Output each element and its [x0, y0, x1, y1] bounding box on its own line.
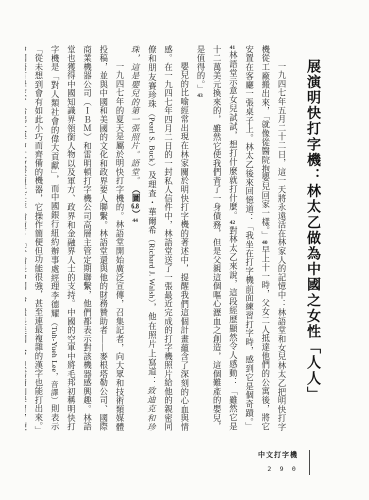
paragraph-3: 一九四七年的夏天是屬於明快打字機的。林語堂開始廣泛宣傳，召集記者，向大眾和技術類… [25, 45, 127, 431]
book-page: 展演明快打字機：林太乙做為中國之女性「人人」 一九四七年五月二十二日，這一天將永… [0, 0, 369, 500]
tuh-yueh-lee-romanization: （Tuh-Yueh Lee，音譯） [50, 318, 59, 404]
paragraph-1: 一九四七年五月二十二日，這一天將永遠活在林家人的記憶中：林語堂和女兒林太乙把明快… [192, 45, 289, 431]
figure-ref-number: 6.8 [131, 203, 139, 210]
footnote-ref-43: 43 [197, 93, 203, 99]
paragraph-2-text-3: ，他在照片上寫道： [147, 303, 156, 385]
pearl-buck-romanization: （Pearl S. Buck） [147, 109, 156, 171]
paragraph-1-text-3: 林語堂示意女兒試試，想打什麼就打什麼。 [228, 51, 237, 220]
running-footer: 中文打字機 2 9 0 [258, 450, 310, 475]
footer-page-number: 2 9 0 [267, 465, 298, 474]
richard-walsh-romanization: （Richard J. Walsh） [147, 235, 156, 303]
section-title: 展演明快打字機：林太乙做為中國之女性「人人」 [299, 45, 325, 431]
footer-divider-rule [309, 450, 310, 475]
footer-text: 中文打字機 2 9 0 [258, 450, 298, 474]
paragraph-2: 嬰兒的比喻經常出現在林家關於明快打字機的著述中，提醒我們這個計畫蘊含了深刻的心血… [127, 45, 192, 431]
figure-ref-close: ） [131, 210, 140, 219]
page-text-block: 展演明快打字機：林太乙做為中國之女性「人人」 一九四七年五月二十二日，這一天將永… [25, 45, 325, 431]
footnote-ref-44: 44 [132, 218, 138, 224]
footer-book-title: 中文打字機 [258, 450, 298, 460]
paragraph-2-text-2: 及理查・華爾希 [147, 171, 156, 235]
figure-ref-open: （圖 [131, 185, 140, 203]
ibm-abbreviation: （ＩＢＭ） [83, 98, 92, 142]
